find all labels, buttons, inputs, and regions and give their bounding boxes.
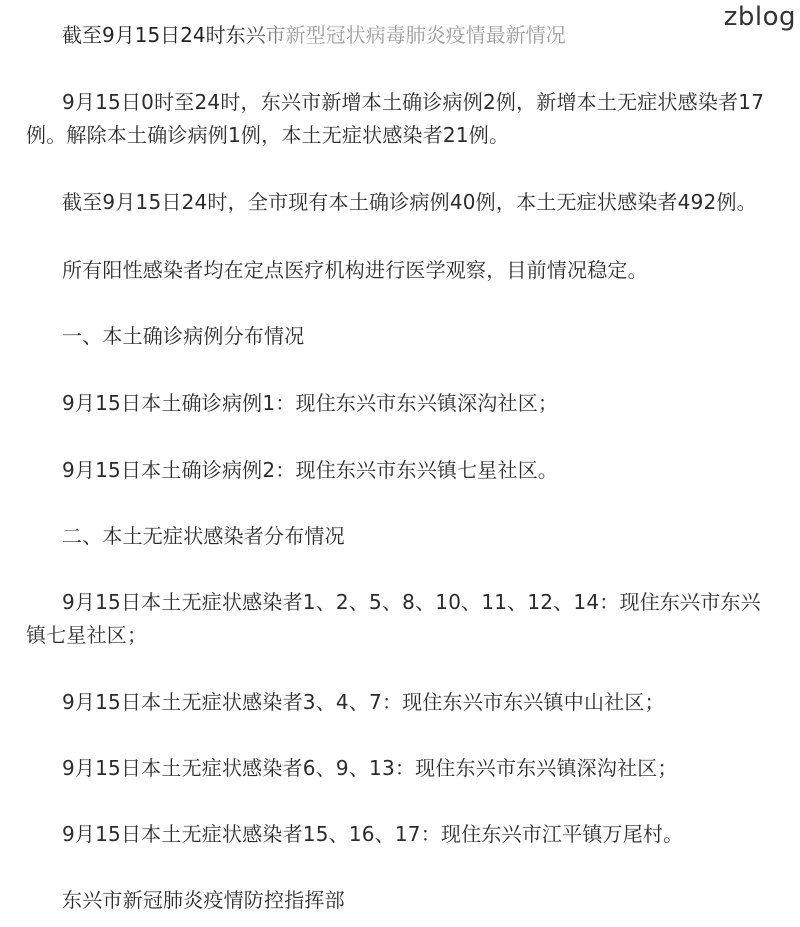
paragraph-new-cases: 9月15日0时至24时，东兴市新增本土确诊病例2例，新增本土无症状感染者17例。… — [26, 86, 776, 152]
signature-command-center: 东兴市新冠肺炎疫情防控指挥部 — [26, 884, 776, 917]
paragraph-medical-observation: 所有阳性感染者均在定点医疗机构进行医学观察，目前情况稳定。 — [26, 254, 776, 287]
paragraph-asymptomatic-zhongshan: 9月15日本土无症状感染者3、4、7：现住东兴市东兴镇中山社区； — [26, 686, 776, 719]
article-title: 截至9月15日24时东兴市新型冠状病毒肺炎疫情最新情况 — [62, 23, 566, 47]
paragraph-asymptomatic-qixing: 9月15日本土无症状感染者1、2、5、8、10、11、12、14：现住东兴市东兴… — [26, 586, 776, 652]
section-heading-asymptomatic: 二、本土无症状感染者分布情况 — [26, 520, 776, 553]
paragraph-confirmed-case-1: 9月15日本土确诊病例1：现住东兴市东兴镇深沟社区； — [26, 387, 776, 420]
paragraph-confirmed-case-2: 9月15日本土确诊病例2：现住东兴市东兴镇七星社区。 — [26, 454, 776, 487]
paragraph-asymptomatic-wanwei: 9月15日本土无症状感染者15、16、17：现住东兴市江平镇万尾村。 — [26, 818, 776, 851]
paragraph-current-totals: 截至9月15日24时，全市现有本土确诊病例40例，本土无症状感染者492例。 — [26, 186, 776, 219]
article-title-wrap: 截至9月15日24时东兴市新型冠状病毒肺炎疫情最新情况 — [62, 20, 566, 50]
paragraph-asymptomatic-shengou: 9月15日本土无症状感染者6、9、13：现住东兴市东兴镇深沟社区； — [26, 752, 776, 785]
section-heading-confirmed: 一、本土确诊病例分布情况 — [26, 320, 776, 353]
watermark-text: zblog — [724, 2, 796, 32]
